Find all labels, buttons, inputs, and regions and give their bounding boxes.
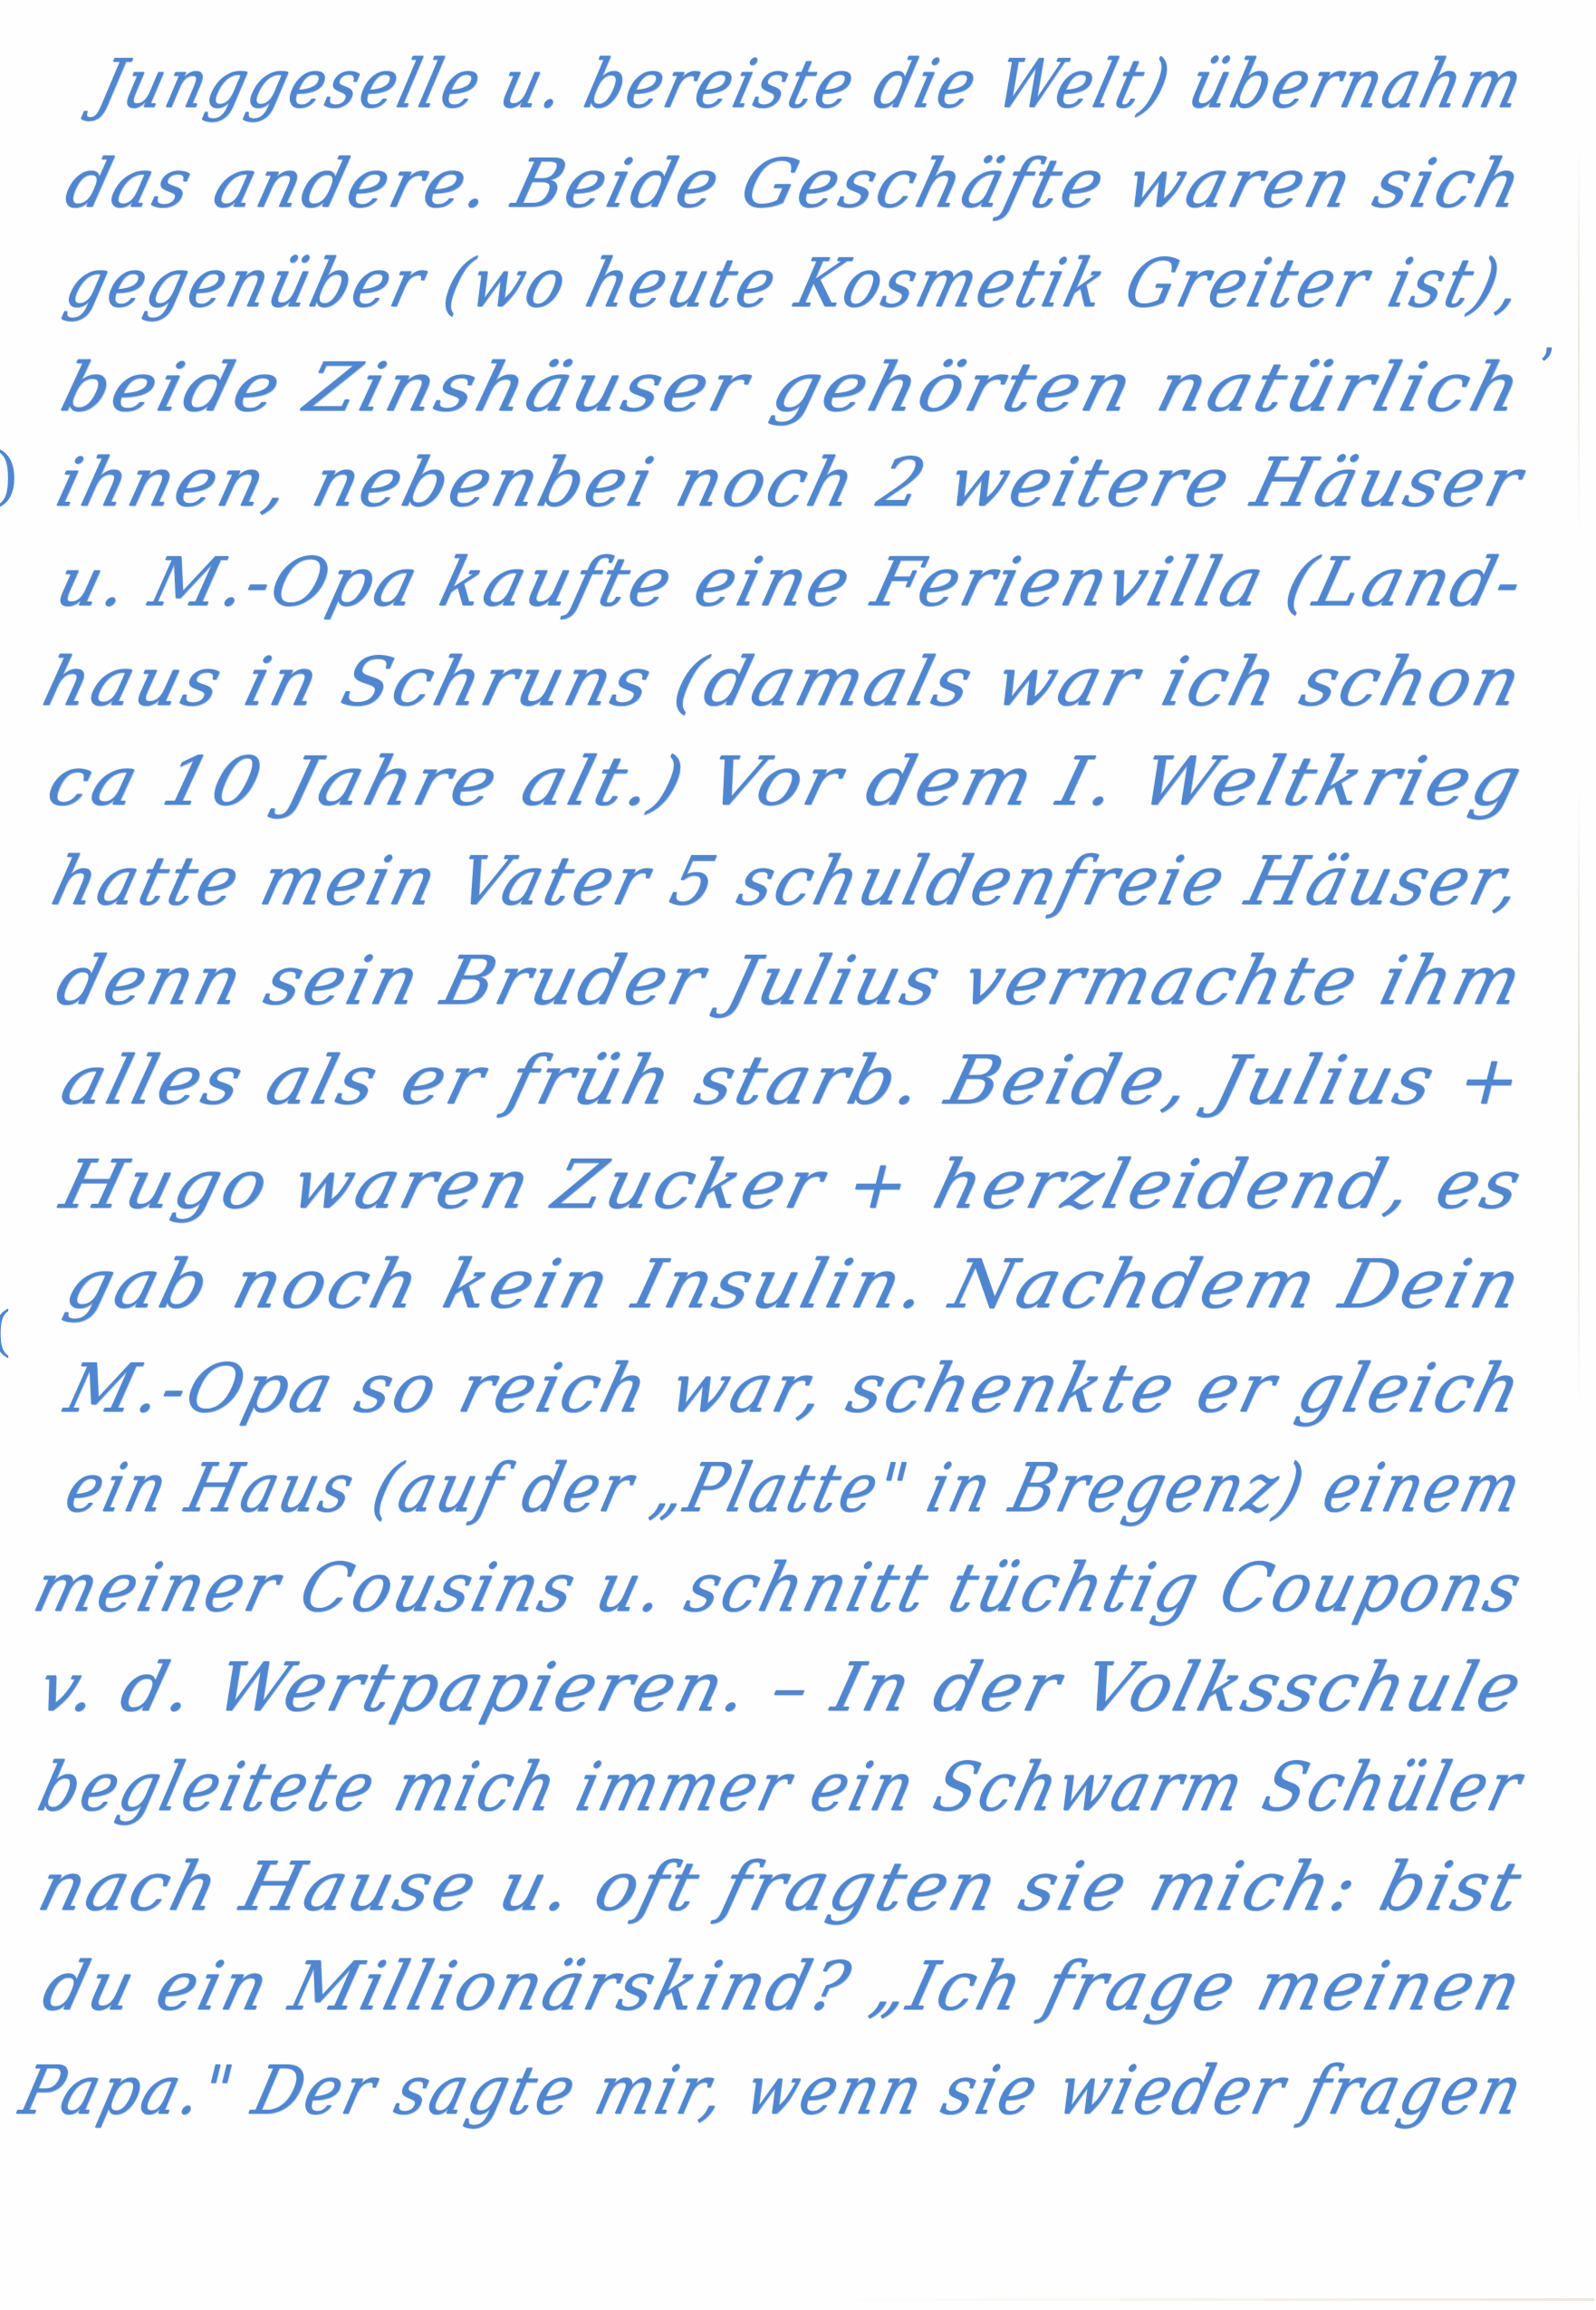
paper-fold <box>1578 779 1580 1413</box>
handwritten-line: ein Haus (auf der „Platte" in Bregenz) e… <box>58 1449 1530 1527</box>
handwritten-line: alles als er früh starb. Beide, Julius + <box>53 1042 1532 1120</box>
handwritten-line: nach Hause u. oft fragten sie mich: bist <box>31 1848 1531 1926</box>
handwritten-line: gegenüber (wo heute Kosmetik Greiter ist… <box>58 245 1531 322</box>
handwritten-line: hatte mein Vater 5 schuldenfreie Häuser, <box>44 842 1531 920</box>
handwritten-line: Papa." Der sagte mir, wenn sie wieder fr… <box>13 2052 1532 2130</box>
handwritten-line: Junggeselle u. bereiste die Welt) überna… <box>90 45 1532 123</box>
margin-paren-mark: ) <box>0 444 19 507</box>
handwritten-line: begleitete mich immer ein Schwarm Schüle… <box>31 1748 1531 1826</box>
handwritten-line: u. M.-Opa kaufte eine Ferienvilla (Land- <box>49 544 1532 621</box>
handwritten-line: v. d. Wertpapieren. – In der Volksschule <box>31 1649 1531 1727</box>
margin-comma-mark: , <box>1540 308 1557 362</box>
paper-edge <box>1578 136 1580 544</box>
paper-bottom-edge <box>815 2298 1594 2301</box>
handwritten-line: ca 10 Jahre alt.) Vor dem I. Weltkrieg <box>40 743 1532 821</box>
handwritten-line: beide Zinshäuser gehörten natürlich <box>53 349 1531 427</box>
handwritten-line: meiner Cousins u. schnitt tüchtig Coupon… <box>26 1549 1531 1627</box>
margin-tick-mark: ( <box>0 1304 12 1359</box>
handwritten-line: Hugo waren Zucker + herzleidend, es <box>53 1146 1531 1224</box>
handwritten-line: du ein Millionärskind? „Ich frage meinen <box>35 1948 1531 2026</box>
letter-page: ) ( , Junggeselle u. bereiste die Welt) … <box>0 0 1596 2310</box>
handwritten-line: M.-Opa so reich war, schenkte er gleich <box>58 1350 1531 1428</box>
handwritten-line: gab noch kein Insulin. Nachdem Dein <box>58 1246 1530 1323</box>
handwritten-line: das andere. Beide Geschäfte waren sich <box>58 145 1532 223</box>
handwritten-line: haus in Schruns (damals war ich schon <box>35 643 1531 721</box>
handwritten-line: ihnen, nebenbei noch 2 weitere Häuser <box>49 444 1532 522</box>
handwritten-line: denn sein Bruder Julius vermachte ihm <box>49 942 1531 1020</box>
